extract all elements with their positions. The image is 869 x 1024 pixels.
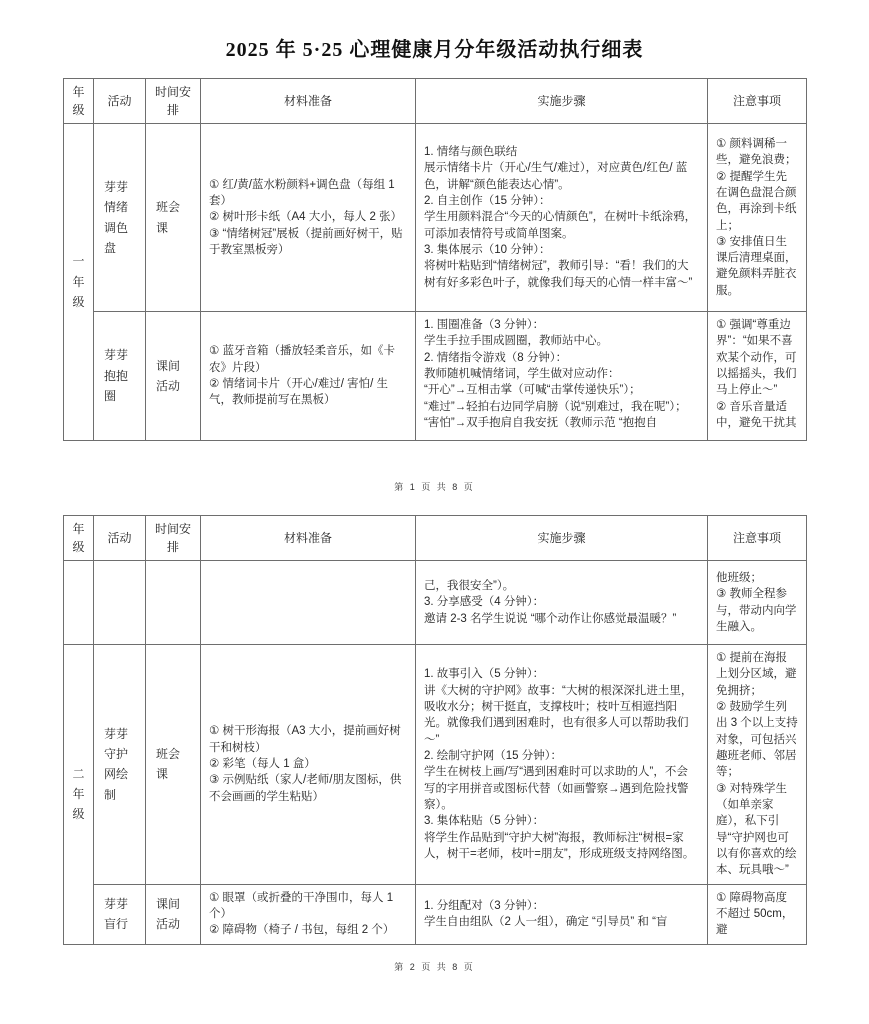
col-header-materials: 材料准备 [201, 79, 416, 124]
activity-cell: 芽芽抱抱圈 [94, 312, 146, 441]
col-header-time: 时间安排 [146, 516, 201, 561]
materials-cell: ① 红/黄/蓝水粉颜料+调色盘（每组 1 套） ② 树叶形卡纸（A4 大小，每人… [201, 124, 416, 312]
time-cell: 班会课 [146, 645, 201, 885]
grade-cell-grade1: 一年级 [64, 124, 94, 441]
col-header-grade: 年级 [64, 516, 94, 561]
col-header-notes: 注意事项 [708, 79, 807, 124]
materials-cell: ① 眼罩（或折叠的干净围巾，每人 1 个） ② 障碍物（椅子 / 书包，每组 2… [201, 884, 416, 944]
grade-cell-grade2: 二年级 [64, 645, 94, 945]
col-header-steps: 实施步骤 [416, 516, 708, 561]
steps-cell: 己，我很安全”）。 3. 分享感受（4 分钟）： 邀请 2-3 名学生说说 “哪… [416, 561, 708, 645]
notes-cell: ① 强调“尊重边界”：“如果不喜欢某个动作，可以摇摇头，我们马上停止～” ② 音… [708, 312, 807, 441]
continuation-row: 己，我很安全”）。 3. 分享感受（4 分钟）： 邀请 2-3 名学生说说 “哪… [64, 561, 807, 645]
col-header-grade: 年级 [64, 79, 94, 124]
activity-cell-empty [94, 561, 146, 645]
activity-cell: 芽芽守护网绘制 [94, 645, 146, 885]
col-header-steps: 实施步骤 [416, 79, 708, 124]
header-row: 年级 活动 时间安排 材料准备 实施步骤 注意事项 [64, 79, 807, 124]
time-cell: 课间活动 [146, 312, 201, 441]
header-row: 年级 活动 时间安排 材料准备 实施步骤 注意事项 [64, 516, 807, 561]
notes-cell: 他班级； ③ 教师全程参与，带动内向学生融入。 [708, 561, 807, 645]
steps-cell: 1. 围圈准备（3 分钟）： 学生手拉手围成圆圈，教师站中心。 2. 情绪指令游… [416, 312, 708, 441]
col-header-materials: 材料准备 [201, 516, 416, 561]
page-number-footer: 第 2 页 共 8 页 [0, 960, 869, 973]
notes-cell: ① 障碍物高度不超过 50cm，避 [708, 884, 807, 944]
time-cell: 课间活动 [146, 884, 201, 944]
col-header-activity: 活动 [94, 516, 146, 561]
grade-cell-empty [64, 561, 94, 645]
document-page: { "doc": { "title": "2025 年 5·25 心理健康月分年… [0, 0, 869, 1024]
notes-cell: ① 颜料调稀一些，避免浪费； ② 提醒学生先在调色盘混合颜色，再涂到卡纸上； ③… [708, 124, 807, 312]
col-header-time: 时间安排 [146, 79, 201, 124]
materials-cell-empty [201, 561, 416, 645]
time-cell-empty [146, 561, 201, 645]
table-row: 二年级 芽芽守护网绘制 班会课 ① 树干形海报（A3 大小，提前画好树干和树枝）… [64, 645, 807, 885]
page-title: 2025 年 5·25 心理健康月分年级活动执行细表 [0, 33, 869, 62]
steps-cell: 1. 分组配对（3 分钟）： 学生自由组队（2 人一组），确定 “引导员” 和 … [416, 884, 708, 944]
table-row: 芽芽抱抱圈 课间活动 ① 蓝牙音箱（播放轻柔音乐，如《卡农》片段） ② 情绪词卡… [64, 312, 807, 441]
col-header-activity: 活动 [94, 79, 146, 124]
steps-cell: 1. 情绪与颜色联结 展示情绪卡片（开心/生气/难过），对应黄色/红色/ 蓝色，… [416, 124, 708, 312]
steps-cell: 1. 故事引入（5 分钟）： 讲《大树的守护网》故事：“大树的根深深扎进土里，吸… [416, 645, 708, 885]
page-number-footer: 第 1 页 共 8 页 [0, 480, 869, 493]
table-row: 一年级 芽芽情绪调色盘 班会课 ① 红/黄/蓝水粉颜料+调色盘（每组 1 套） … [64, 124, 807, 312]
time-cell: 班会课 [146, 124, 201, 312]
notes-cell: ① 提前在海报上划分区域，避免拥挤； ② 鼓励学生列出 3 个以上支持对象，可包… [708, 645, 807, 885]
materials-cell: ① 树干形海报（A3 大小，提前画好树干和树枝） ② 彩笔（每人 1 盒） ③ … [201, 645, 416, 885]
activity-table-page1: 年级 活动 时间安排 材料准备 实施步骤 注意事项 一年级 芽芽情绪调色盘 班会… [63, 78, 807, 441]
activity-cell: 芽芽盲行 [94, 884, 146, 944]
activity-table-page2: 年级 活动 时间安排 材料准备 实施步骤 注意事项 己，我很安全”）。 3. 分… [63, 515, 807, 945]
col-header-notes: 注意事项 [708, 516, 807, 561]
materials-cell: ① 蓝牙音箱（播放轻柔音乐，如《卡农》片段） ② 情绪词卡片（开心/难过/ 害怕… [201, 312, 416, 441]
activity-cell: 芽芽情绪调色盘 [94, 124, 146, 312]
table-row: 芽芽盲行 课间活动 ① 眼罩（或折叠的干净围巾，每人 1 个） ② 障碍物（椅子… [64, 884, 807, 944]
